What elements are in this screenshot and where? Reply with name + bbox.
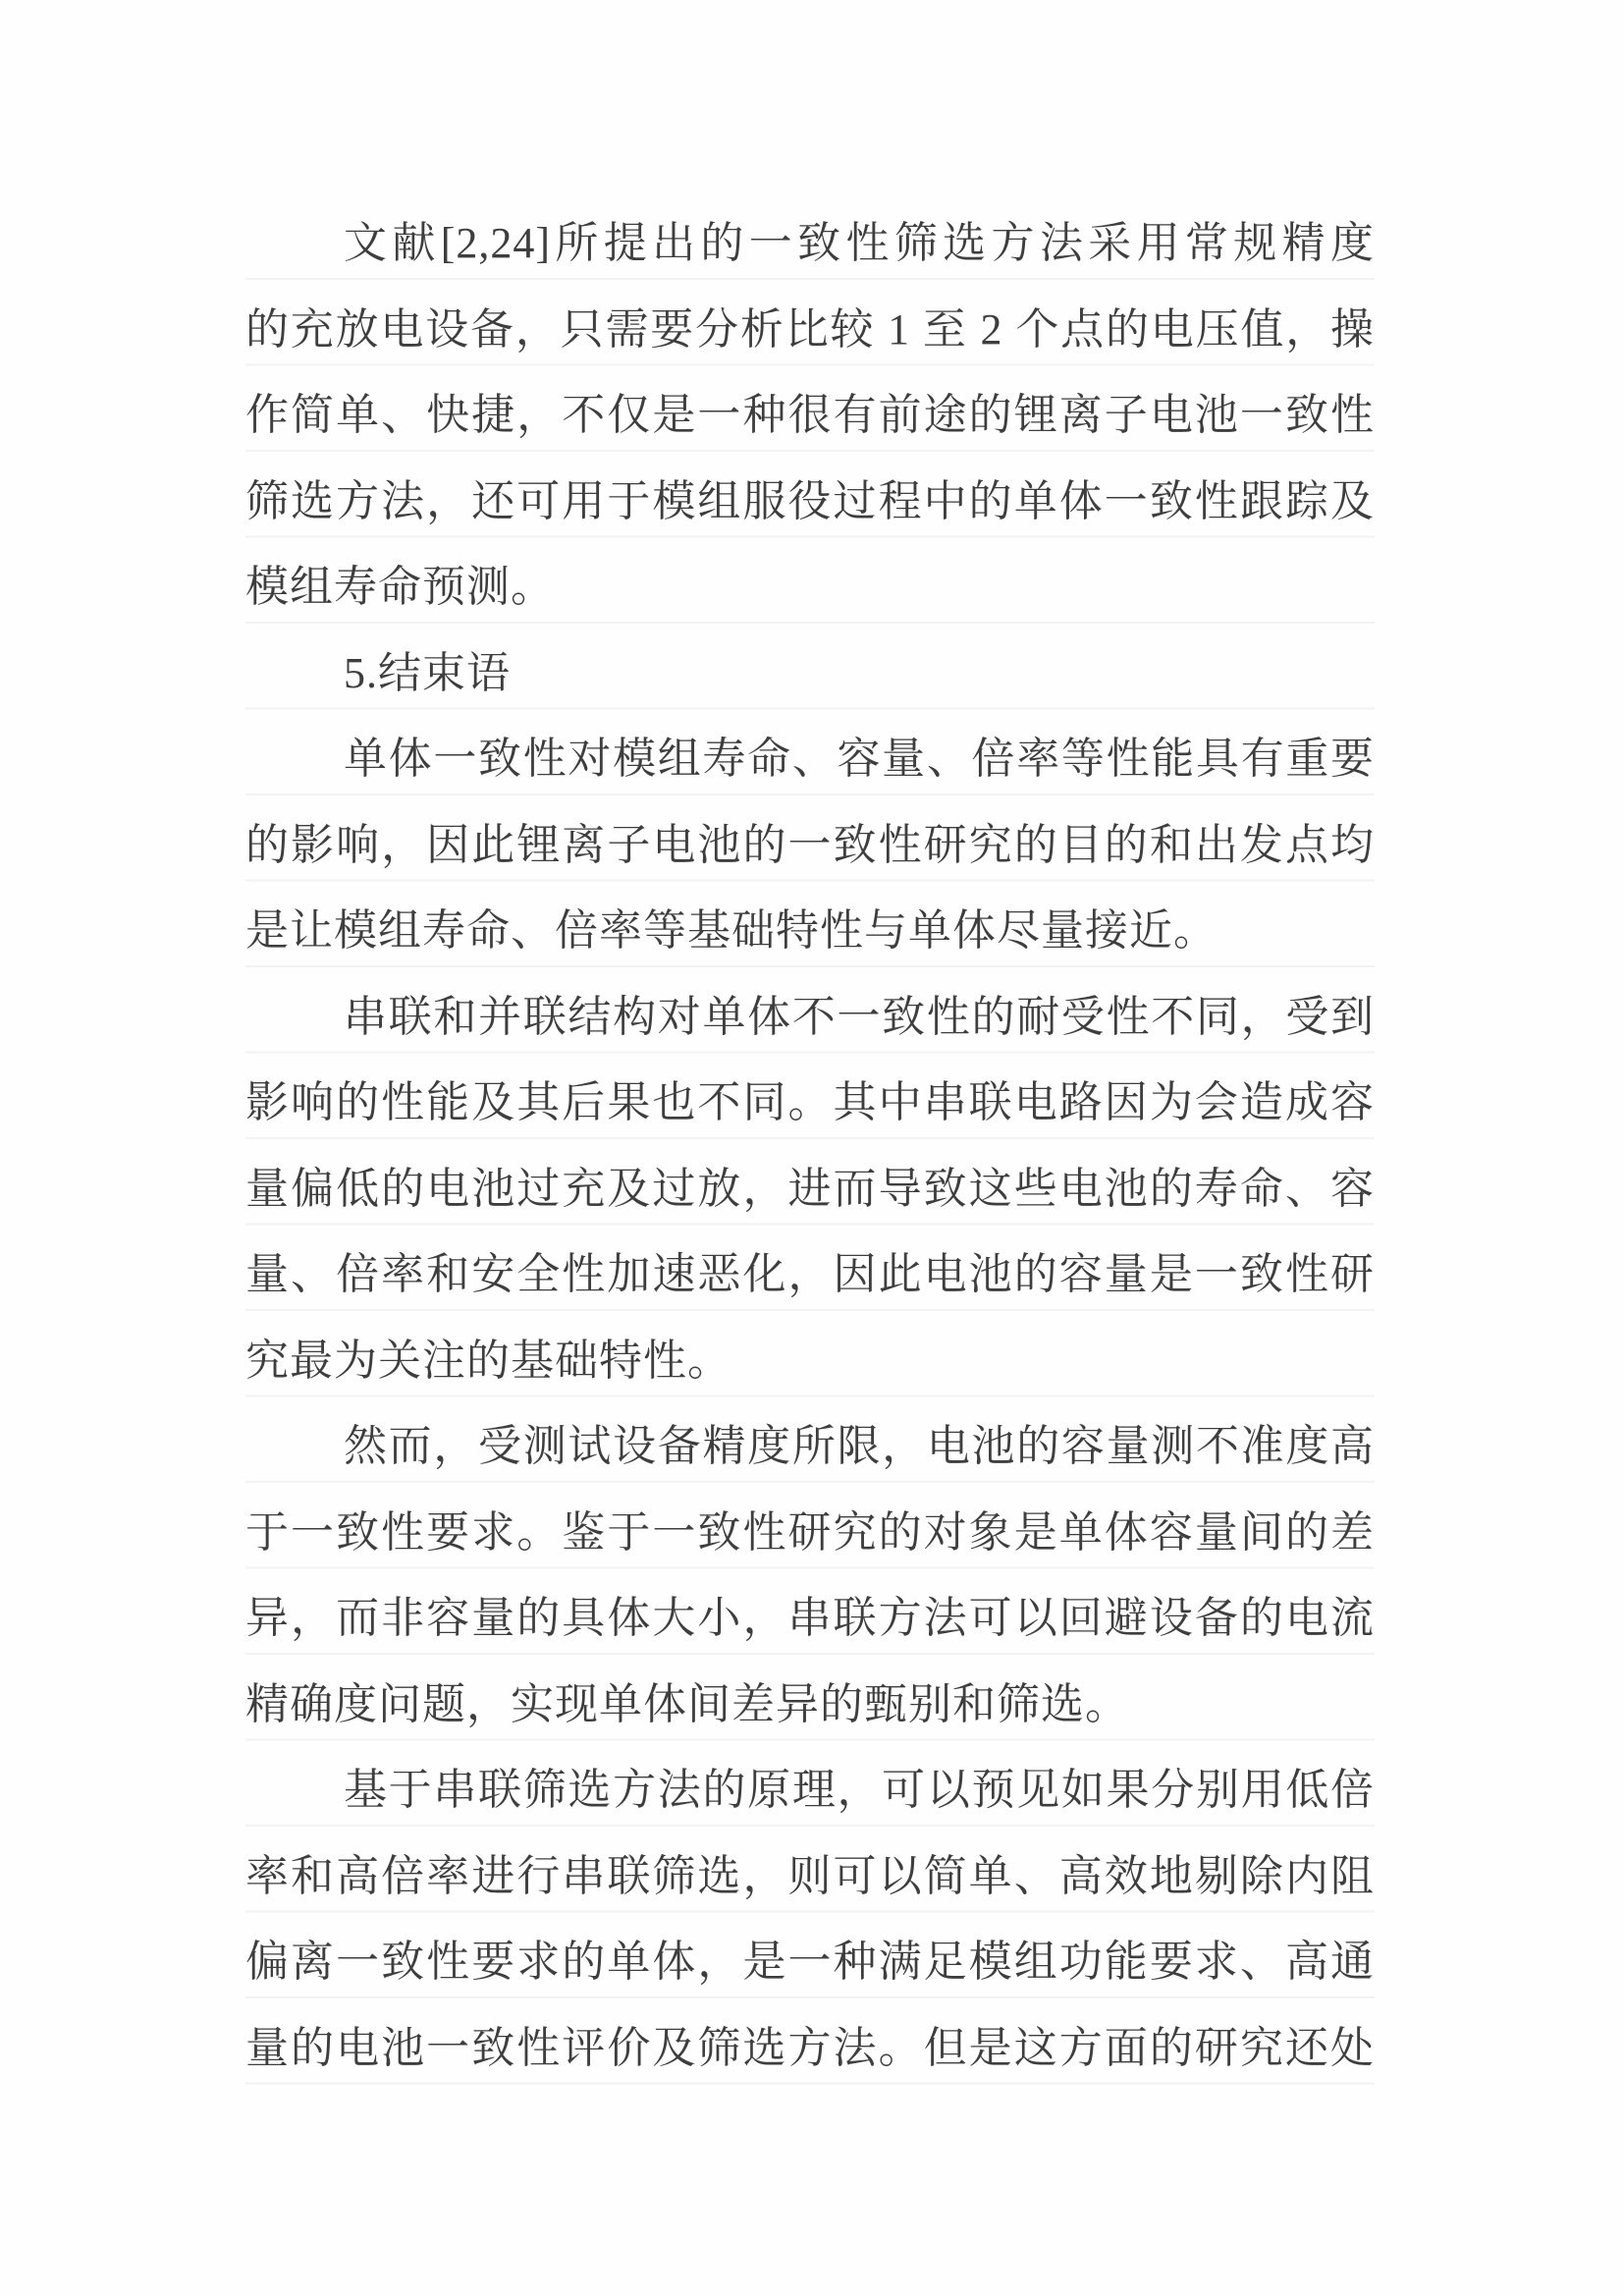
text-line: 量、倍率和安全性加速恶化，因此电池的容量是一致性研	[245, 1231, 1375, 1318]
text-line: 精确度问题，实现单体间差异的甄别和筛选。	[245, 1662, 1375, 1748]
text-line: 然而，受测试设备精度所限，电池的容量测不准度高	[245, 1403, 1375, 1490]
text-line: 究最为关注的基础特性。	[245, 1318, 1375, 1404]
text-block: 文献[2,24]所提出的一致性筛选方法采用常规精度 的充放电设备，只需要分析比较…	[245, 200, 1375, 2091]
text-line: 异，而非容量的具体大小，串联方法可以回避设备的电流	[245, 1575, 1375, 1662]
text-line: 作简单、快捷，不仅是一种很有前途的锂离子电池一致性	[245, 372, 1375, 459]
document-page: 文献[2,24]所提出的一致性筛选方法采用常规精度 的充放电设备，只需要分析比较…	[0, 0, 1623, 2296]
text-line: 是让模组寿命、倍率等基础特性与单体尽量接近。	[245, 888, 1375, 974]
text-line: 于一致性要求。鉴于一致性研究的对象是单体容量间的差	[245, 1490, 1375, 1576]
section-heading: 5.结束语	[245, 630, 1375, 717]
text-line: 率和高倍率进行串联筛选，则可以简单、高效地剔除内阻	[245, 1833, 1375, 1920]
text-line: 文献[2,24]所提出的一致性筛选方法采用常规精度	[245, 200, 1375, 287]
text-line: 量偏低的电池过充及过放，进而导致这些电池的寿命、容	[245, 1146, 1375, 1232]
text-line: 筛选方法，还可用于模组服役过程中的单体一致性跟踪及	[245, 459, 1375, 545]
text-line: 单体一致性对模组寿命、容量、倍率等性能具有重要	[245, 716, 1375, 802]
text-line: 的充放电设备，只需要分析比较 1 至 2 个点的电压值，操	[245, 287, 1375, 373]
text-line: 偏离一致性要求的单体，是一种满足模组功能要求、高通	[245, 1919, 1375, 2005]
text-line: 模组寿命预测。	[245, 544, 1375, 630]
text-line: 量的电池一致性评价及筛选方法。但是这方面的研究还处	[245, 2005, 1375, 2092]
text-line: 影响的性能及其后果也不同。其中串联电路因为会造成容	[245, 1060, 1375, 1146]
text-line: 的影响，因此锂离子电池的一致性研究的目的和出发点均	[245, 802, 1375, 889]
text-line: 基于串联筛选方法的原理，可以预见如果分别用低倍	[245, 1747, 1375, 1833]
text-line: 串联和并联结构对单体不一致性的耐受性不同，受到	[245, 974, 1375, 1061]
